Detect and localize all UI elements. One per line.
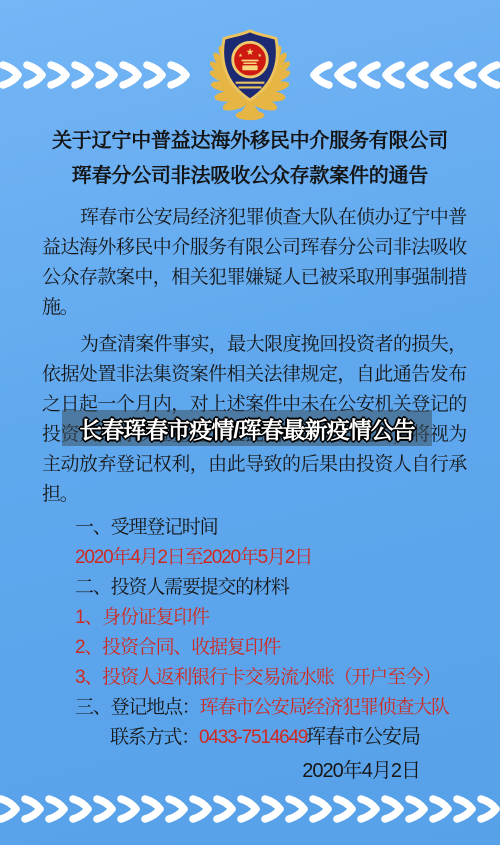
location-label: 三、登记地点： [75,697,200,718]
signature-org: 珲春市公安局 [302,720,420,754]
svg-text:★: ★ [238,53,243,59]
caption-text: 长春珲春市疫情/珲春最新疫情公告 [79,412,414,445]
section1-heading: 一、受理登记时间 [75,513,466,543]
signature-block: 珲春市公安局 2020年4月2日 [302,720,420,788]
material-item-1: 1、身份证复印件 [75,603,466,633]
notice-list: 一、受理登记时间 2020年4月2日至2020年5月2日 二、投资人需要提交的材… [42,513,466,753]
chevron-strip-top-right-icon [308,61,500,89]
paragraph-case-intro: 珲春市公安局经济犯罪侦查大队在侦办辽宁中普益达海外移民中介服务有限公司珲春分公司… [42,203,466,323]
location-value: 珲春市公安局经济犯罪侦查大队 [200,697,449,718]
notice-title: 关于辽宁中普益达海外移民中介服务有限公司 珲春分公司非法吸收公众存款案件的通告 [0,124,500,194]
section3-location-line: 三、登记地点：珲春市公安局经济犯罪侦查大队 [75,693,466,723]
registration-period: 2020年4月2日至2020年5月2日 [75,543,466,573]
chevron-strip-top-left-icon [0,61,192,89]
notice-title-line1: 关于辽宁中普益达海外移民中介服务有限公司 [0,124,500,159]
signature-date: 2020年4月2日 [302,754,420,788]
video-caption-overlay: 长春珲春市疫情/珲春最新疫情公告 [62,410,432,446]
notice-title-line2: 珲春分公司非法吸收公众存款案件的通告 [0,159,500,194]
svg-text:★: ★ [246,47,255,58]
police-badge-icon: ★ ★ ★ [200,27,300,123]
notice-poster: ★ ★ ★ 关于辽宁中普益达海外移民中介服务有限公司 珲春分公司非法吸收公众存款… [0,0,500,845]
svg-text:★: ★ [257,53,262,59]
chevron-strip-bottom-icon [0,795,500,823]
contact-phone: 0433-7514649 [199,727,307,748]
contact-label: 联系方式： [110,727,199,748]
section2-heading: 二、投资人需要提交的材料 [75,573,466,603]
material-item-3: 3、投资人返利银行卡交易流水账（开户至今） [75,663,466,693]
material-item-2: 2、投资合同、收据复印件 [75,633,466,663]
notice-body: 珲春市公安局经济犯罪侦查大队在侦办辽宁中普益达海外移民中介服务有限公司珲春分公司… [42,203,466,753]
